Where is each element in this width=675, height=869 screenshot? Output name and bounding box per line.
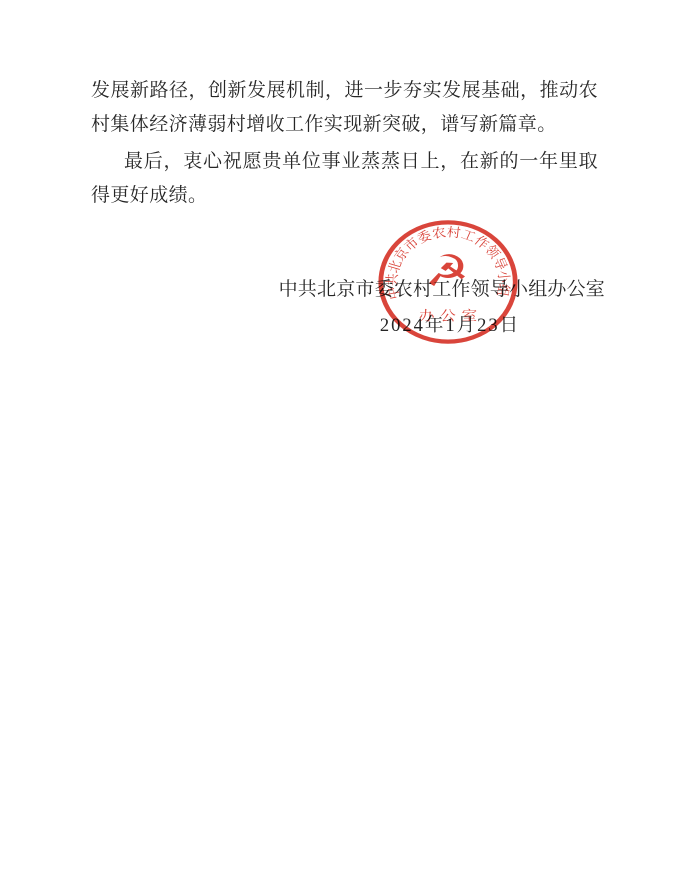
date-line: 2024年1月23日 <box>350 316 550 336</box>
paragraph-continuation: 发展新路径，创新发展机制，进一步夯实发展基础，推动农村集体经济薄弱村增收工作实现… <box>91 74 598 142</box>
letter-body: 发展新路径，创新发展机制，进一步夯实发展基础，推动农村集体经济薄弱村增收工作实现… <box>91 74 598 213</box>
signature-line: 中共北京市委农村工作领导小组办公室 <box>279 280 605 300</box>
letter-page: 发展新路径，创新发展机制，进一步夯实发展基础，推动农村集体经济薄弱村增收工作实现… <box>0 0 675 869</box>
paragraph-closing: 最后，衷心祝愿贵单位事业蒸蒸日上，在新的一年里取得更好成绩。 <box>91 145 598 213</box>
